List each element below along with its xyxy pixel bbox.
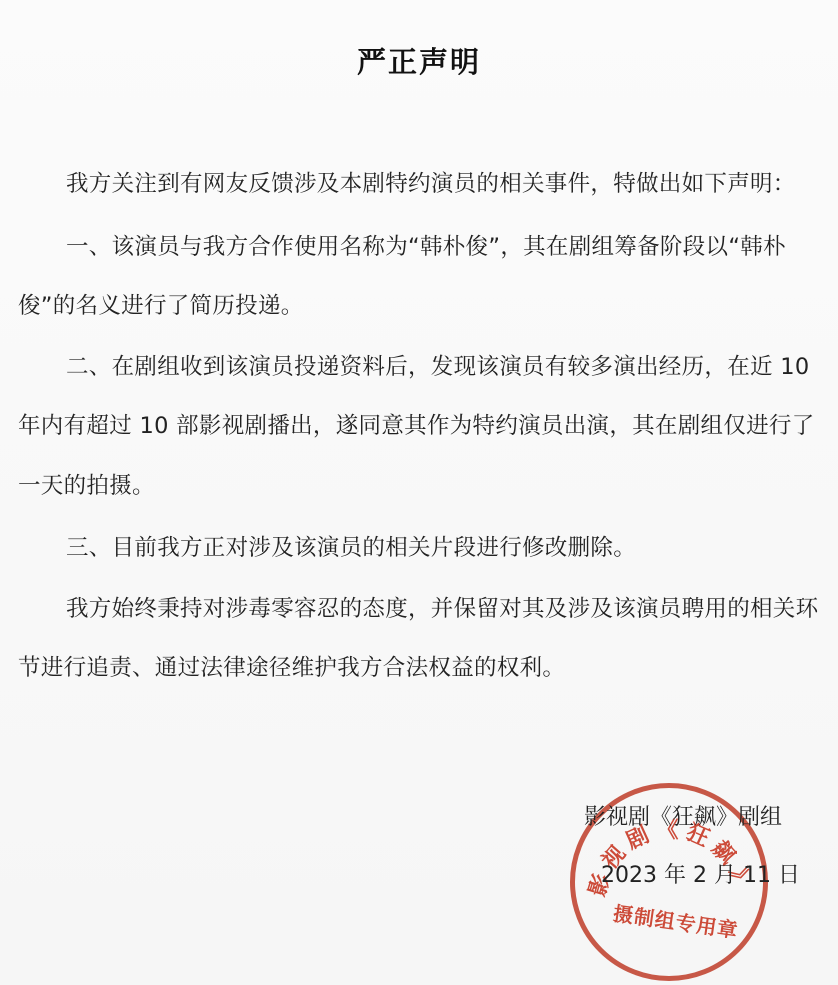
signature-date: 2023 年 2 月 11 日 bbox=[601, 858, 800, 889]
signature-organization: 影视剧《狂飙》剧组 bbox=[584, 800, 782, 831]
statement-closing-line-1: 我方始终秉持对涉毒零容忍的态度，并保留对其及涉及该演员聘用的相关环 bbox=[66, 591, 818, 623]
statement-point-1-line-1: 一、该演员与我方合作使用名称为“韩朴俊”，其在剧组筹备阶段以“韩朴 bbox=[66, 229, 786, 261]
document-page: 严正声明 我方关注到有网友反馈涉及本剧特约演员的相关事件，特做出如下声明： 一、… bbox=[0, 0, 838, 985]
statement-point-3: 三、目前我方正对涉及该演员的相关片段进行修改删除。 bbox=[66, 530, 636, 562]
statement-point-2-line-2: 年内有超过 10 部影视剧播出，遂同意其作为特约演员出演，其在剧组仅进行了 bbox=[18, 408, 815, 440]
statement-point-1-line-2: 俊”的名义进行了简历投递。 bbox=[18, 288, 304, 320]
statement-point-2-line-1: 二、在剧组收到该演员投递资料后，发现该演员有较多演出经历，在近 10 bbox=[66, 349, 809, 381]
page-title: 严正声明 bbox=[0, 40, 838, 81]
statement-closing-line-2: 节进行追责、通过法律途径维护我方合法权益的权利。 bbox=[18, 650, 565, 682]
statement-intro: 我方关注到有网友反馈涉及本剧特约演员的相关事件，特做出如下声明： bbox=[66, 166, 796, 198]
statement-point-2-line-3: 一天的拍摄。 bbox=[18, 468, 155, 500]
